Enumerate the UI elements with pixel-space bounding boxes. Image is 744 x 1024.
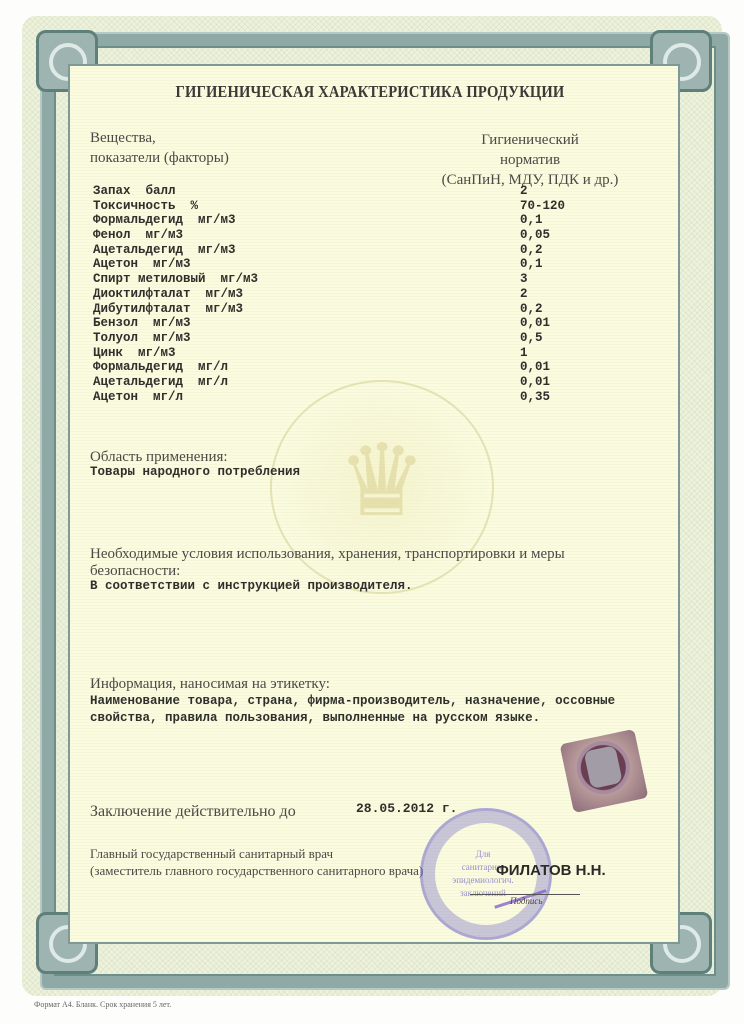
conditions-label-cont: безопасности: — [90, 563, 180, 580]
header-line: Вещества, — [90, 128, 229, 148]
document-title: ГИГИЕНИЧЕСКАЯ ХАРАКТЕРИСТИКА ПРОДУКЦИИ — [121, 82, 620, 102]
officer-title: Главный государственный санитарный врач — [90, 845, 333, 862]
indicator-norm: 3 — [520, 272, 565, 287]
indicator-norms-list: 270-1200,10,050,20,1320,20,010,510,010,0… — [520, 184, 565, 404]
officer-title-deputy: (заместитель главного государственного с… — [90, 862, 423, 879]
indicator-norm: 0,1 — [520, 257, 565, 272]
indicator-norm: 1 — [520, 346, 565, 361]
label-info-label: Информация, наносимая на этикетку: — [90, 676, 330, 693]
indicator-name: Спирт метиловый мг/м3 — [93, 272, 258, 287]
label-info-value-line2: свойства, правила пользования, выполненн… — [90, 711, 540, 725]
valid-until-label: Заключение действительно до — [90, 803, 296, 820]
indicator-name: Цинк мг/м3 — [93, 346, 258, 361]
scope-value: Товары народного потребления — [90, 465, 300, 479]
header-line: показатели (факторы) — [90, 148, 229, 168]
signature-caption: Подпись — [510, 896, 543, 906]
indicator-name: Формальдегид мг/л — [93, 360, 258, 375]
indicator-name: Ацетон мг/л — [93, 390, 258, 405]
valid-until-date: 28.05.2012 г. — [356, 801, 457, 816]
indicator-norm: 0,01 — [520, 375, 565, 390]
certificate-sheet: ♛ ГИГИЕНИЧЕСКАЯ ХАРАКТЕРИСТИКА ПРОДУКЦИИ… — [0, 0, 744, 1024]
indicator-norm: 2 — [520, 287, 565, 302]
indicator-names-list: Запах баллТоксичность %Формальдегид мг/м… — [93, 184, 258, 404]
indicator-norm: 0,05 — [520, 228, 565, 243]
indicator-name: Диоктилфталат мг/м3 — [93, 287, 258, 302]
double-headed-eagle-icon: ♛ — [332, 422, 432, 542]
column-header-substances: Вещества, показатели (факторы) — [90, 128, 229, 168]
indicator-norm: 0,1 — [520, 213, 565, 228]
header-line: Гигиенический — [430, 130, 630, 150]
indicator-norm: 0,01 — [520, 316, 565, 331]
label-info-value-line1: Наименование товара, страна, фирма-произ… — [90, 694, 615, 708]
scope-label: Область применения: — [90, 449, 228, 466]
indicator-norm: 2 — [520, 184, 565, 199]
stamp-line: Для — [438, 848, 528, 861]
indicator-name: Формальдегид мг/м3 — [93, 213, 258, 228]
indicator-name: Ацетальдегид мг/л — [93, 375, 258, 390]
indicator-name: Бензол мг/м3 — [93, 316, 258, 331]
indicator-norm: 0,35 — [520, 390, 565, 405]
indicator-name: Толуол мг/м3 — [93, 331, 258, 346]
indicator-name: Ацетон мг/м3 — [93, 257, 258, 272]
indicator-norm: 0,5 — [520, 331, 565, 346]
footer-note: Формат А4. Бланк. Срок хранения 5 лет. — [34, 1000, 171, 1009]
conditions-value: В соответствии с инструкцией производите… — [90, 579, 413, 593]
indicator-norm: 0,2 — [520, 243, 565, 258]
indicator-norm: 0,2 — [520, 302, 565, 317]
signature-line — [470, 894, 580, 895]
indicator-name: Дибутилфталат мг/м3 — [93, 302, 258, 317]
indicator-norm: 0,01 — [520, 360, 565, 375]
indicator-name: Запах балл — [93, 184, 258, 199]
indicator-name: Ацетальдегид мг/м3 — [93, 243, 258, 258]
conditions-label: Необходимые условия использования, хране… — [90, 546, 565, 563]
indicator-norm: 70-120 — [520, 199, 565, 214]
column-header-norm: Гигиенический норматив (СанПиН, МДУ, ПДК… — [430, 130, 630, 190]
indicator-name: Фенол мг/м3 — [93, 228, 258, 243]
header-line: норматив — [430, 150, 630, 170]
indicator-name: Токсичность % — [93, 199, 258, 214]
